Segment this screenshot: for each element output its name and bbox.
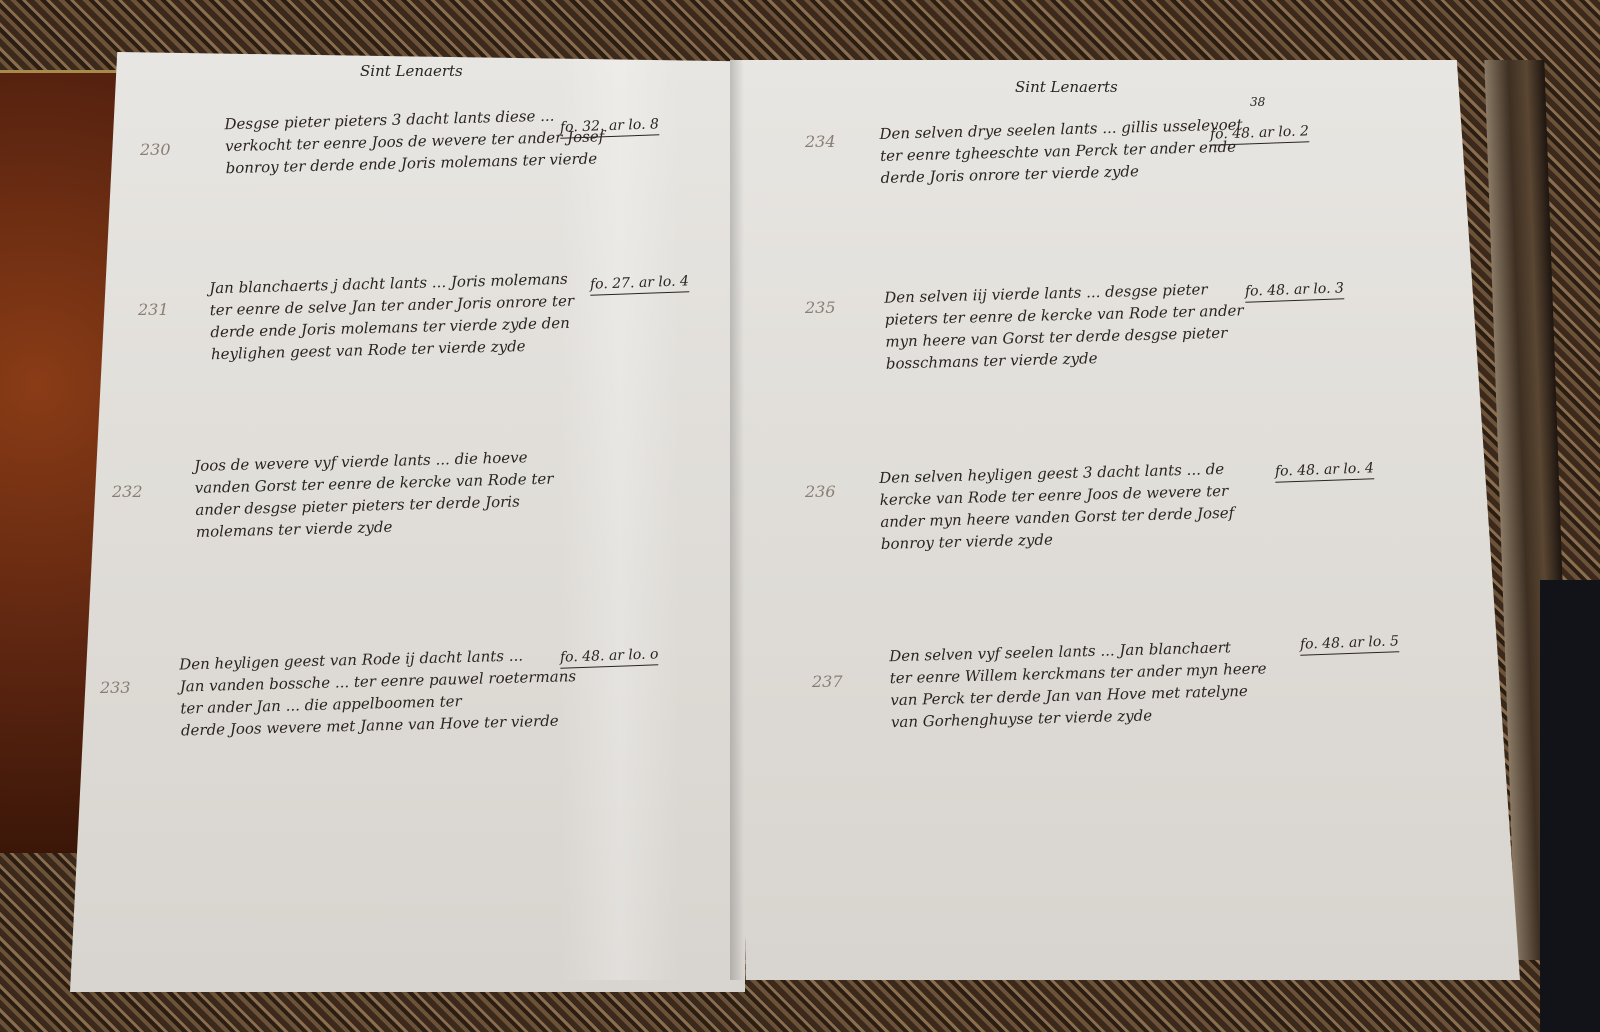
entry-folio: fo. 48. ar lo. 2 xyxy=(1210,123,1310,145)
entry-number: 232 xyxy=(112,482,143,501)
entry-text: Den selven iij vierde lants ... desgse p… xyxy=(884,277,1246,374)
left-page-header: Sint Lenaerts xyxy=(360,62,463,80)
entry-folio: fo. 48. ar lo. o xyxy=(560,646,659,668)
light-fold xyxy=(560,60,680,980)
entry-number: 236 xyxy=(805,482,836,501)
entry-text: Den heyligen geest van Rode ij dacht lan… xyxy=(179,643,601,742)
entry-text: Desgse pieter pieters 3 dacht lants dies… xyxy=(224,103,626,179)
entry-text: Joos de wevere vyf vierde lants ... die … xyxy=(194,445,576,543)
dark-object xyxy=(1540,580,1600,1032)
entry-text: Den selven heyligen geest 3 dacht lants … xyxy=(879,457,1261,555)
page-number: 38 xyxy=(1250,95,1265,109)
entry-number: 233 xyxy=(100,678,131,697)
entry-folio: fo. 48. ar lo. 5 xyxy=(1300,633,1400,655)
book-gutter xyxy=(730,60,744,980)
entry-number: 235 xyxy=(805,298,836,317)
entry-folio: fo. 48. ar lo. 4 xyxy=(1275,460,1375,482)
entry-number: 231 xyxy=(138,300,169,319)
entry-text: Den selven vyf seelen lants ... Jan blan… xyxy=(889,635,1291,733)
entry-text: Jan blanchaerts j dacht lants ... Joris … xyxy=(209,267,611,365)
entry-folio: fo. 27. ar lo. 4 xyxy=(590,273,690,295)
entry-number: 230 xyxy=(140,140,171,159)
right-page-header: Sint Lenaerts xyxy=(1015,78,1118,96)
entry-folio: fo. 32. ar lo. 8 xyxy=(560,116,660,138)
entry-number: 237 xyxy=(812,672,843,691)
entry-number: 234 xyxy=(805,132,836,151)
entry-text: Den selven drye seelen lants ... gillis … xyxy=(879,113,1261,189)
entry-folio: fo. 48. ar lo. 3 xyxy=(1245,280,1345,302)
